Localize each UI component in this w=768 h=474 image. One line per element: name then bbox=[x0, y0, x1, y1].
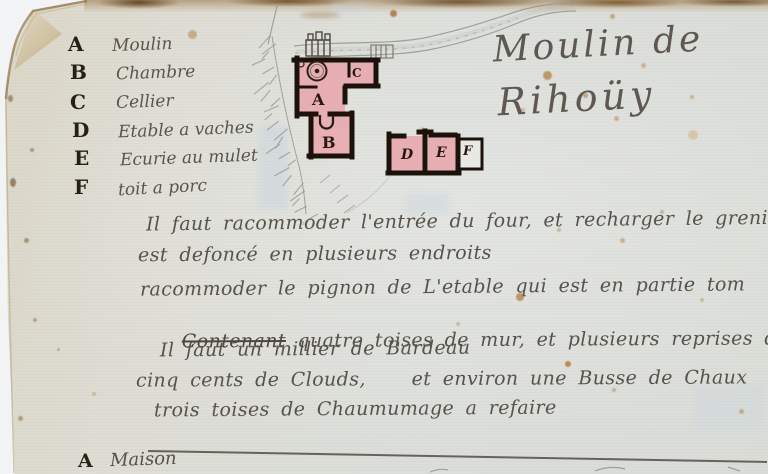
page-title: Moulin de Rihoüy bbox=[492, 19, 707, 125]
footer-legend-letter: A bbox=[78, 450, 93, 472]
note-line-2: est defoncé en plusieurs endroits bbox=[138, 242, 492, 266]
foxing-spot bbox=[92, 392, 96, 396]
legend-letter-e: E bbox=[74, 148, 89, 168]
foxing-spot bbox=[688, 130, 698, 140]
top-edge-stain bbox=[84, 0, 768, 13]
legend-letter-f: F bbox=[74, 177, 88, 197]
note-line-5: Il faut un millier de Bardeau bbox=[160, 337, 471, 362]
footer-legend-label: Maison bbox=[110, 448, 177, 471]
foxing-spot bbox=[739, 409, 744, 414]
legend-letter-a: A bbox=[68, 34, 84, 54]
foxing-spot bbox=[8, 95, 13, 102]
foxing-spot bbox=[57, 348, 60, 351]
foxing-spot bbox=[188, 30, 197, 39]
note-line-7: trois toises de Chaumumage a refaire bbox=[154, 397, 557, 422]
ink-showthrough bbox=[258, 125, 288, 210]
legend-letter-c: C bbox=[70, 92, 86, 112]
note-line-6: cinq cents de Clouds, et environ une Bus… bbox=[136, 366, 748, 391]
legend-label-a: Moulin bbox=[112, 34, 173, 56]
foxing-spot bbox=[30, 148, 34, 152]
foxing-spot bbox=[610, 14, 615, 19]
foxing-spot bbox=[18, 416, 23, 421]
foxing-spot bbox=[33, 318, 37, 322]
foxing-spot bbox=[300, 12, 340, 18]
legend-letter-d: D bbox=[72, 120, 89, 140]
ink-showthrough bbox=[694, 384, 764, 430]
legend-label-c: Cellier bbox=[116, 91, 174, 113]
manuscript-scan: A Moulin B Chambre C Cellier D Etable a … bbox=[0, 0, 768, 474]
foxing-spot bbox=[10, 178, 16, 187]
foxing-spot bbox=[390, 10, 397, 17]
foxing-spot bbox=[620, 238, 625, 243]
foxing-spot bbox=[420, 127, 424, 131]
foxing-spot bbox=[24, 238, 29, 243]
legend-letter-b: B bbox=[70, 62, 87, 82]
legend-label-b: Chambre bbox=[116, 62, 196, 85]
foxing-spot bbox=[700, 298, 704, 302]
